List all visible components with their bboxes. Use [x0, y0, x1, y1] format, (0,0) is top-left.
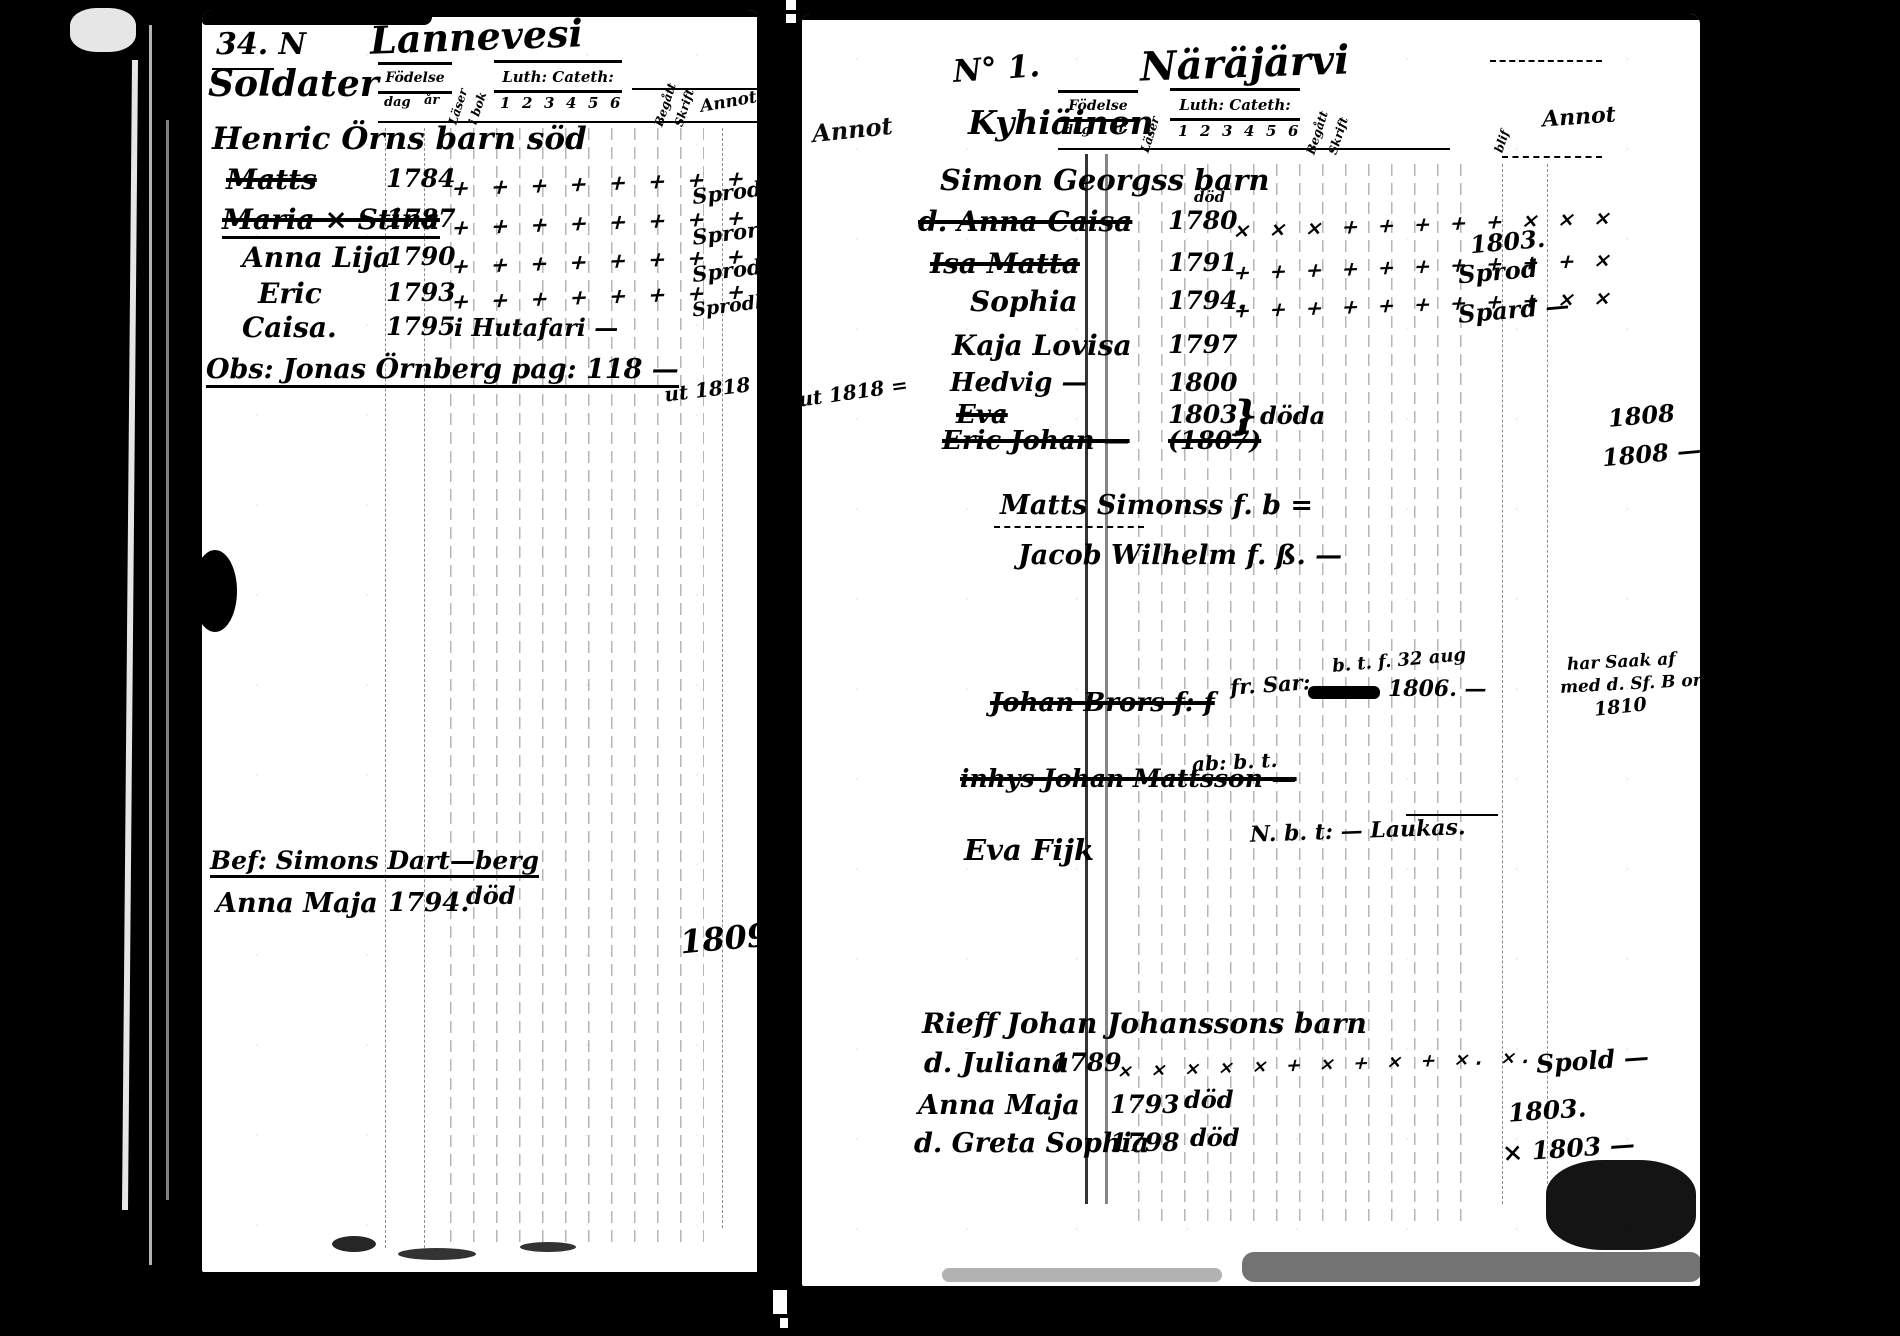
- child-name: Isa Matta: [930, 250, 1080, 278]
- binding-mark: [773, 1290, 787, 1314]
- header-day-label: dag: [384, 96, 411, 109]
- ink-blot: [332, 1236, 376, 1252]
- birth-year: 1789: [1052, 1050, 1122, 1075]
- catechism-col-1: 1: [500, 96, 510, 111]
- death-mark: död: [466, 884, 516, 908]
- table-row: d. Greta Sophia 1798 död × 1803 —: [802, 1130, 1700, 1170]
- left-page-scan: 34. N Lannevesi Soldater Födelse dag år …: [202, 10, 762, 1272]
- member-name: Eva Fijk: [964, 836, 1094, 865]
- child-name: d. Juliana: [924, 1050, 1069, 1077]
- annotation: 1808: [1607, 401, 1676, 431]
- child-name: Eric Johan —: [942, 428, 1130, 454]
- child-name: Matts: [226, 166, 317, 194]
- birth-year: 1790: [386, 244, 456, 269]
- birth-year: 1791: [1168, 250, 1238, 275]
- table-row: d. Anna Caisa 1780 död × × × + + + + + ×…: [802, 208, 1700, 248]
- page-number: N° 1.: [952, 51, 1041, 88]
- catechism-col-5: 5: [1266, 124, 1276, 139]
- annotation: Sprod: [1457, 257, 1538, 288]
- birth-year: 1800: [1168, 370, 1238, 395]
- header-catechism-label: Luth: Cateth:: [1179, 96, 1291, 114]
- page-edge-streak: [70, 8, 136, 52]
- header-vertical-label: blif: [1493, 129, 1511, 154]
- catechism-col-5: 5: [588, 96, 598, 111]
- header-day-label: dag: [1064, 124, 1091, 137]
- header-annot-label: Annot: [699, 89, 758, 116]
- table-row: Maria × Stina 1787 + + + + + + + + × Spr…: [202, 206, 762, 246]
- page-edge-streak: [149, 25, 152, 1265]
- birth-year: 1793: [1110, 1092, 1180, 1117]
- ink-blot: [1546, 1160, 1696, 1250]
- catechism-marks: × × × × × + × + × + ×. ×.: [1115, 1047, 1538, 1082]
- obs-note: Obs: Jonas Örnberg pag: 118 —: [206, 356, 679, 388]
- margin-note: med d. Sf. B ort: [1560, 672, 1700, 697]
- member-name: Jacob Wilhelm f. ß. —: [1018, 542, 1342, 569]
- catechism-col-1: 1: [1178, 124, 1188, 139]
- child-name: Kaja Lovisa: [952, 332, 1132, 360]
- birth-year: 1793: [386, 280, 456, 305]
- child-name: Anna Maja: [918, 1092, 1080, 1119]
- header-year-label: år: [1110, 122, 1125, 135]
- table-row: Caisa. 1795 i Hutafari — ut 1818 =: [202, 314, 762, 354]
- death-mark: döda: [1260, 404, 1325, 428]
- page-edge-streak: [166, 120, 169, 1200]
- header-birth-label: Födelse: [385, 70, 444, 86]
- table-row: Matts 1784 + + + + + + + + + + Sprod: [202, 166, 762, 206]
- margin-note: har Saak af: [1567, 651, 1676, 674]
- annotation-year: 1806. —: [1388, 678, 1487, 700]
- birth-year: 1795: [386, 314, 456, 339]
- table-row: Sophia 1794. + + + + + + + + + × × Spard…: [802, 288, 1700, 328]
- annotation: 1803.: [1507, 1095, 1587, 1125]
- catechism-col-3: 3: [1222, 124, 1232, 139]
- binding-mark: [786, 0, 796, 10]
- header-rule: [1490, 60, 1602, 62]
- crossed-entry-name: Johan Brors f: f: [990, 690, 1215, 716]
- annotation: Spold —: [1535, 1044, 1649, 1077]
- header-birth-box: Födelse: [378, 62, 452, 94]
- family-heading: Henric Örns barn söd: [212, 124, 587, 155]
- child-name: Eva: [956, 402, 1008, 428]
- catechism-col-2: 2: [1200, 124, 1210, 139]
- child-name: Anna Maja: [216, 890, 378, 917]
- catechism-marks: + + + + + + + + + + ×: [1231, 247, 1621, 284]
- margin-note: 1810: [1593, 695, 1648, 719]
- header-year-label: år: [424, 94, 439, 107]
- stray-annot-text: Annot: [811, 114, 894, 146]
- annotation: Spard —: [1457, 293, 1570, 327]
- header-catechism-box: Luth: Cateth:: [1170, 88, 1300, 121]
- birth-year: 1787: [386, 206, 456, 231]
- annotation: 1808 —: [1601, 438, 1700, 471]
- child-name: Anna Lija: [242, 244, 391, 272]
- catechism-col-4: 4: [566, 96, 576, 111]
- ink-blot: [942, 1268, 1222, 1282]
- annotation: Sprod: [691, 178, 762, 207]
- ink-blot: [1242, 1252, 1700, 1282]
- child-name: d. Anna Caisa: [918, 208, 1132, 236]
- header-birth-box: Födelse: [1058, 90, 1138, 122]
- child-name: Caisa.: [242, 314, 337, 342]
- reference-heading: Bef: Simons Dart—berg: [210, 848, 539, 878]
- annotation: ab: b. t.: [1192, 750, 1278, 774]
- catechism-col-6: 6: [610, 96, 620, 111]
- member-underline: [994, 526, 1144, 528]
- header-rule: [1058, 148, 1450, 150]
- catechism-col-3: 3: [544, 96, 554, 111]
- table-row: Kaja Lovisa 1797: [802, 332, 1700, 372]
- header-birth-label: Födelse: [1068, 98, 1127, 114]
- birth-year: 1784: [386, 166, 456, 191]
- book-gutter: [757, 0, 803, 1336]
- child-name: Eric: [258, 280, 322, 308]
- death-mark: död: [1194, 190, 1225, 205]
- annotation: N. b. t: — Laukas.: [1250, 816, 1466, 846]
- page-edge-shadow: [802, 14, 1700, 20]
- section-label: Soldater: [208, 66, 379, 102]
- birth-year: 1798: [1110, 1130, 1180, 1155]
- header-rule: [632, 88, 762, 90]
- margin-notch: [193, 550, 237, 632]
- scanned-register-spread: 34. N Lannevesi Soldater Födelse dag år …: [0, 0, 1900, 1336]
- birth-year: 1794.: [388, 890, 469, 916]
- catechism-col-4: 4: [1244, 124, 1254, 139]
- header-catechism-label: Luth: Cateth:: [502, 68, 614, 86]
- catechism-col-2: 2: [522, 96, 532, 111]
- catechism-marks: × × × + + + + + × × ×: [1231, 205, 1621, 242]
- header-catechism-box: Luth: Cateth:: [494, 60, 622, 93]
- header-rule: [1502, 156, 1602, 158]
- binding-mark: [780, 1318, 788, 1328]
- table-row: Anna Maja 1793 död 1803.: [802, 1092, 1700, 1132]
- child-name: Sophia: [970, 288, 1078, 316]
- death-mark: död: [1190, 1126, 1240, 1150]
- table-row: Isa Matta 1791 + + + + + + + + + + × Spr…: [802, 250, 1700, 290]
- right-page-scan: N° 1. Näräjärvi Kyhiäinen Annot Födelse …: [802, 14, 1700, 1286]
- birth-year: (1807): [1168, 428, 1261, 453]
- ink-blot: [398, 1248, 476, 1260]
- page-edge-streak: [122, 60, 138, 1210]
- annotation: fr. Sar:: [1229, 671, 1311, 698]
- annotation-year: 1809.: [679, 918, 762, 959]
- binding-mark: [786, 14, 796, 23]
- table-row: d. Juliana 1789 × × × × × + × + × + ×. ×…: [802, 1050, 1700, 1090]
- page-number: 34. N: [216, 30, 306, 60]
- annotation-rule: [1406, 814, 1498, 816]
- death-mark: död: [1184, 1088, 1234, 1112]
- birth-year: 1797: [1168, 332, 1238, 357]
- ink-blot: [1308, 686, 1380, 699]
- table-row: Eric Johan — (1807) 1808 —: [802, 428, 1700, 468]
- place-note: i Hutafari —: [454, 316, 618, 340]
- catechism-col-6: 6: [1288, 124, 1298, 139]
- place-title: Lannevesi: [369, 14, 583, 59]
- header-annot-label: Annot: [1541, 103, 1616, 130]
- birth-year: 1780: [1168, 208, 1238, 233]
- ink-blot: [520, 1242, 576, 1252]
- family-heading: Rieff Johan Johanssons barn: [922, 1010, 1367, 1038]
- place-title: Näräjärvi: [1139, 40, 1350, 87]
- member-name: Matts Simonss f. b =: [1000, 492, 1313, 519]
- child-name: Hedvig —: [950, 370, 1088, 396]
